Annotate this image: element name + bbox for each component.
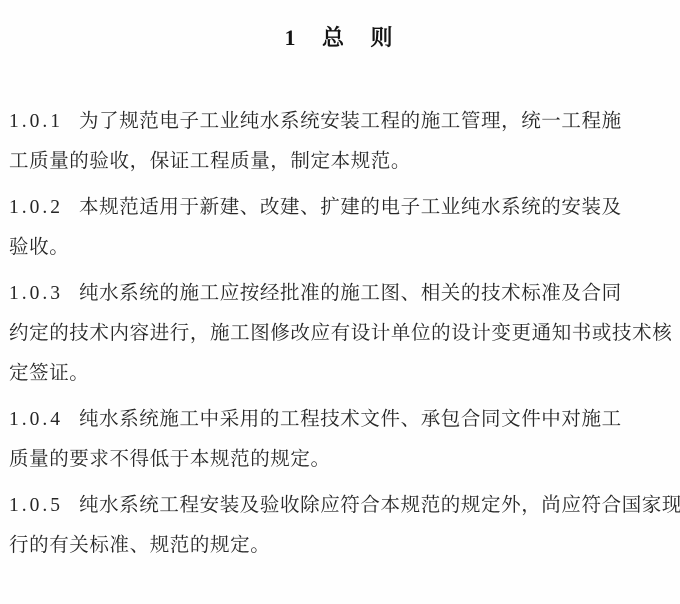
clause-text: 约定的技术内容进行，施工图修改应有设计单位的设计变更通知书或技术核: [9, 314, 674, 354]
clause-text: 纯水系统的施工应按经批准的施工图、相关的技术标准及合同: [79, 283, 622, 304]
clause-text: 行的有关标准、规范的规定。: [9, 526, 674, 566]
clause-text: 纯水系统施工中采用的工程技术文件、承包合同文件中对施工: [79, 409, 622, 430]
clause-number: 1.0.2: [9, 188, 63, 228]
clause-1-0-2: 1.0.2本规范适用于新建、改建、扩建的电子工业纯水系统的安装及 验收。: [9, 188, 674, 268]
clause-line: 1.0.2本规范适用于新建、改建、扩建的电子工业纯水系统的安装及: [9, 188, 674, 228]
document-page: 1 总 则 1.0.1为了规范电子工业纯水系统安装工程的施工管理，统一工程施 工…: [0, 0, 680, 604]
document-body: 1.0.1为了规范电子工业纯水系统安装工程的施工管理，统一工程施 工质量的验收，…: [0, 52, 680, 566]
clause-number: 1.0.3: [9, 274, 63, 314]
clause-1-0-3: 1.0.3纯水系统的施工应按经批准的施工图、相关的技术标准及合同 约定的技术内容…: [9, 274, 674, 394]
clause-line: 1.0.1为了规范电子工业纯水系统安装工程的施工管理，统一工程施: [9, 102, 674, 142]
clause-text: 本规范适用于新建、改建、扩建的电子工业纯水系统的安装及: [79, 197, 622, 218]
clause-1-0-1: 1.0.1为了规范电子工业纯水系统安装工程的施工管理，统一工程施 工质量的验收，…: [9, 102, 674, 182]
clause-text: 验收。: [9, 228, 674, 268]
clause-number: 1.0.1: [9, 102, 63, 142]
chapter-title: 1 总 则: [0, 24, 680, 52]
clause-text: 为了规范电子工业纯水系统安装工程的施工管理，统一工程施: [79, 111, 622, 132]
clause-line: 1.0.5纯水系统工程安装及验收除应符合本规范的规定外，尚应符合国家现: [9, 486, 674, 526]
clause-1-0-5: 1.0.5纯水系统工程安装及验收除应符合本规范的规定外，尚应符合国家现 行的有关…: [9, 486, 674, 566]
clause-1-0-4: 1.0.4纯水系统施工中采用的工程技术文件、承包合同文件中对施工 质量的要求不得…: [9, 400, 674, 480]
clause-number: 1.0.4: [9, 400, 63, 440]
clause-number: 1.0.5: [9, 486, 63, 526]
clause-line: 1.0.3纯水系统的施工应按经批准的施工图、相关的技术标准及合同: [9, 274, 674, 314]
clause-line: 1.0.4纯水系统施工中采用的工程技术文件、承包合同文件中对施工: [9, 400, 674, 440]
clause-text: 工质量的验收，保证工程质量，制定本规范。: [9, 142, 674, 182]
clause-text: 定签证。: [9, 354, 674, 394]
clause-text: 质量的要求不得低于本规范的规定。: [9, 440, 674, 480]
clause-text: 纯水系统工程安装及验收除应符合本规范的规定外，尚应符合国家现: [79, 495, 680, 516]
